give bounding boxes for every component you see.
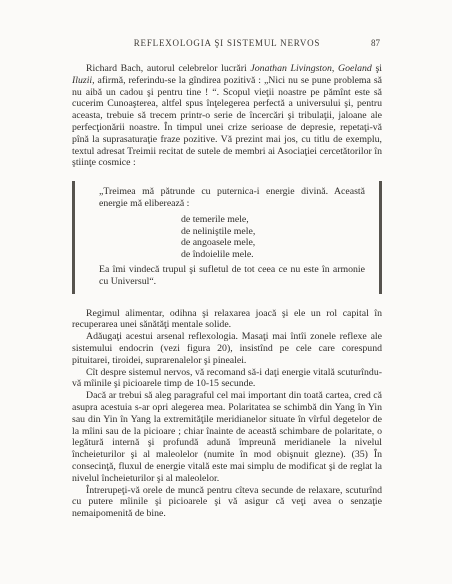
paragraph-relaxation: Întrerupeţi-vă orele de muncă pentru cît… [72,485,382,520]
page-header: REFLEXOLOGIA ŞI SISTEMUL NERVOS 87 [72,38,382,48]
running-title: REFLEXOLOGIA ŞI SISTEMUL NERVOS [134,38,321,48]
quote-outro: Ea îmi vindecă trupul şi sufletul de tot… [99,264,365,288]
quote-block: „Treimea mă pătrunde cu puternica-i ener… [72,181,382,293]
quote-intro: „Treimea mă pătrunde cu puternica-i ener… [99,186,365,210]
text-segment: , afirmă, referindu-se la gîndirea pozit… [72,75,382,169]
page-number: 87 [371,38,380,48]
book-title: Iluzii [72,75,92,86]
paragraph-nervous-system: Cît despre sistemul nervos, vă recomand … [72,367,382,391]
paragraph-reflexology: Adăugaţi acestui arsenal reflexologia. M… [72,331,382,366]
quote-list: de temerile mele, de neliniştile mele, d… [181,214,365,261]
book-title: Jonathan Livingston [250,63,332,74]
book-page: REFLEXOLOGIA ŞI SISTEMUL NERVOS 87 Richa… [0,0,452,584]
text-segment: Richard Bach, autorul celebrelor lucrări [86,63,250,74]
quote-list-item: de neliniştile mele, [181,226,365,238]
text-segment: şi [372,63,382,74]
quote-list-item: de angoasele mele, [181,237,365,249]
paragraph-regimen: Regimul alimentar, odihna şi relaxarea j… [72,308,382,332]
quote-list-item: de temerile mele, [181,214,365,226]
quote-list-item: de îndoielile mele. [181,249,365,261]
paragraph-polarity: Dacă ar trebui să aleg paragraful cel ma… [72,390,382,484]
paragraph-intro: Richard Bach, autorul celebrelor lucrări… [72,63,382,169]
book-title: Goeland [338,63,372,74]
